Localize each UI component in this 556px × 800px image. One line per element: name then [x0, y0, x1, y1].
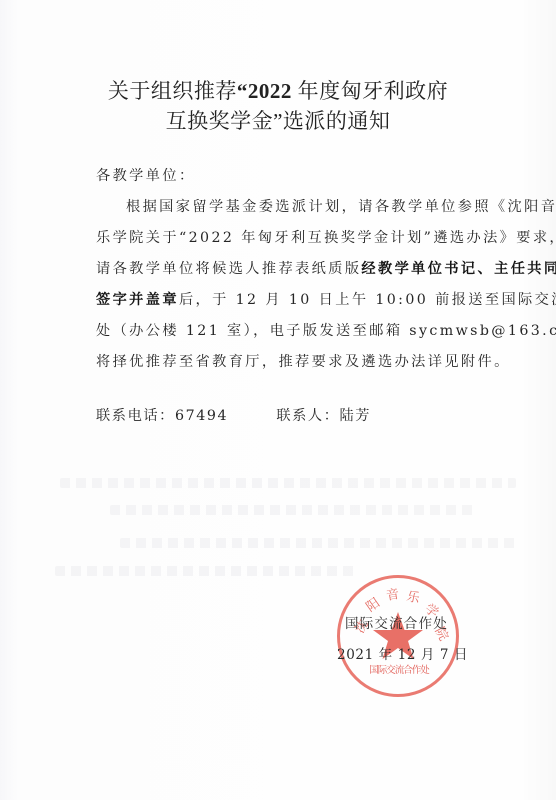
- bleed-through-text: [110, 505, 476, 515]
- salutation: 各教学单位：: [96, 165, 486, 185]
- body-line-5: 处（办公楼 121 室），电子版发送至邮箱 sycmwsb@163.com，学院: [96, 320, 486, 340]
- official-seal: 沈 阳 音 乐 学 院 国际交流合作处: [337, 575, 459, 697]
- phone-number: 67494: [175, 408, 228, 424]
- document-page: 关于组织推荐“2022 年度匈牙利政府 互换奖学金”选派的通知 各教学单位： 根…: [0, 0, 556, 800]
- seal-department-text: 国际交流合作处: [364, 662, 434, 676]
- bleed-through-text: [60, 478, 516, 488]
- body-line-3: 请各教学单位将候选人推荐表纸质版经教学单位书记、主任共同: [96, 258, 486, 278]
- body-text-bold: 经教学单位书记、主任共同: [361, 261, 556, 277]
- title-text: 关于组织推荐: [108, 79, 237, 103]
- document-title-line2: 互换奖学金”选派的通知: [0, 105, 556, 135]
- signature-department: 国际交流合作处: [345, 612, 448, 632]
- seal-star-icon: 沈 阳 音 乐 学 院: [340, 578, 456, 694]
- contact-person-label: 联系人：: [276, 408, 339, 424]
- body-line-4: 签字并盖章后，于 12 月 10 日上午 10:00 前报送至国际交流合作: [96, 289, 486, 309]
- bleed-through-text: [120, 538, 516, 548]
- document-title-line1: 关于组织推荐“2022 年度匈牙利政府: [0, 75, 556, 105]
- signature-date: 2021 年 12 月 7 日: [337, 643, 468, 663]
- phone-label: 联系电话：: [96, 408, 175, 424]
- body-text: 后，于 12 月 10 日上午 10:00 前报送至国际交流合作: [179, 292, 556, 308]
- title-year: “2022: [237, 79, 292, 103]
- title-text: 年度匈牙利政府: [292, 79, 448, 103]
- body-text-bold: 签字并盖章: [96, 292, 179, 308]
- bleed-through-text: [55, 566, 356, 576]
- body-text: 请各教学单位将候选人推荐表纸质版: [96, 261, 361, 277]
- contact-person: 陆芳: [340, 408, 372, 424]
- contact-line: 联系电话：67494 联系人：陆芳: [96, 405, 486, 425]
- svg-text:乐: 乐: [405, 589, 422, 607]
- body-line-1: 根据国家留学基金委选派计划，请各教学单位参照《沈阳音: [126, 196, 516, 216]
- body-line-6: 将择优推荐至省教育厅，推荐要求及遴选办法详见附件。: [96, 351, 486, 371]
- svg-text:音: 音: [385, 587, 400, 604]
- body-line-2: 乐学院关于“2022 年匈牙利互换奖学金计划”遴选办法》要求，: [96, 227, 486, 247]
